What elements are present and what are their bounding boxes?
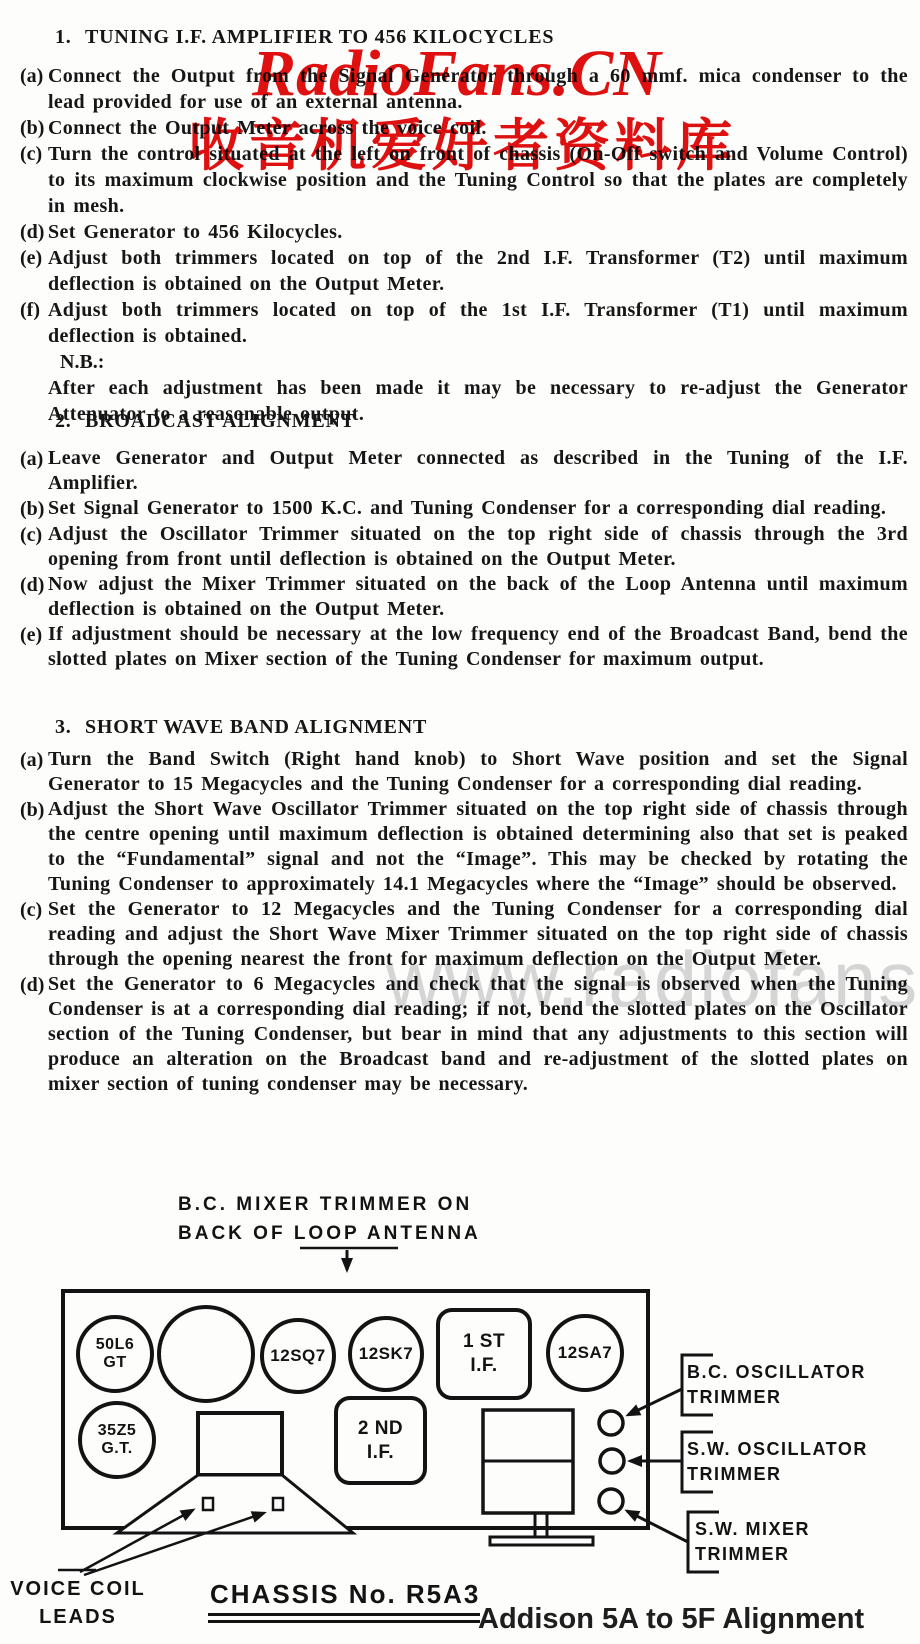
item-text: Set Signal Generator to 1500 K.C. and Tu… bbox=[48, 496, 908, 522]
item-marker: (c) bbox=[20, 141, 48, 219]
item-marker: (a) bbox=[20, 446, 48, 496]
tube-unlabeled bbox=[159, 1307, 253, 1401]
transformer-label-1st-if: 1 ST I.F. bbox=[438, 1310, 530, 1398]
item-text: Adjust both trimmers located on top of t… bbox=[48, 297, 908, 349]
instruction-item: (c)Set the Generator to 12 Megacycles an… bbox=[20, 897, 908, 972]
item-marker: (b) bbox=[20, 115, 48, 141]
item-text: Turn the Band Switch (Right hand knob) t… bbox=[48, 747, 908, 797]
condenser-base bbox=[490, 1537, 593, 1545]
item-marker: (c) bbox=[20, 897, 48, 972]
section-title: SHORT WAVE BAND ALIGNMENT bbox=[85, 716, 427, 739]
section-heading: 3. SHORT WAVE BAND ALIGNMENT bbox=[20, 716, 908, 739]
condenser-stand bbox=[535, 1513, 547, 1537]
item-text: Leave Generator and Output Meter connect… bbox=[48, 446, 908, 496]
tube-label-50l6: 50L6 GT bbox=[78, 1317, 152, 1391]
tube-label-12sk7: 12SK7 bbox=[350, 1318, 422, 1390]
item-text: Set the Generator to 6 Megacycles and ch… bbox=[48, 972, 908, 1097]
voice-coil-terminal bbox=[273, 1498, 283, 1510]
watermark-radiofans: RadioFans.CN bbox=[252, 36, 661, 112]
tube-label-12sq7: 12SQ7 bbox=[262, 1320, 334, 1392]
bc-oscillator-trimmer-screw bbox=[599, 1411, 623, 1435]
instruction-item: (f)Adjust both trimmers located on top o… bbox=[20, 297, 908, 349]
instruction-item: (a)Turn the Band Switch (Right hand knob… bbox=[20, 747, 908, 797]
instruction-item: (d)Set Generator to 456 Kilocycles. bbox=[20, 219, 908, 245]
section-number: 3. bbox=[55, 716, 85, 739]
voice-coil-terminal bbox=[203, 1498, 213, 1510]
transformer-label-2nd-if: 2 ND I.F. bbox=[336, 1398, 425, 1483]
instruction-item: (b)Set Signal Generator to 1500 K.C. and… bbox=[20, 496, 908, 522]
page-footer-title: Addison 5A to 5F Alignment bbox=[478, 1603, 864, 1636]
section-number: 2. bbox=[55, 410, 85, 433]
section-title: BROADCAST ALIGNMENT bbox=[85, 410, 355, 433]
sw-oscillator-trimmer-label: S.W. OSCILLATOR TRIMMER bbox=[687, 1437, 868, 1487]
instruction-item: (d)Set the Generator to 6 Megacycles and… bbox=[20, 972, 908, 1097]
sw-oscillator-trimmer-screw bbox=[600, 1449, 624, 1473]
item-text: Set Generator to 456 Kilocycles. bbox=[48, 219, 908, 245]
chassis-number-label: CHASSIS No. R5A3 bbox=[210, 1579, 480, 1610]
watermark-chinese: 收音机爱好者资料库 bbox=[188, 102, 737, 182]
tube-label-12sa7: 12SA7 bbox=[548, 1317, 622, 1389]
instruction-item: (e)Adjust both trimmers located on top o… bbox=[20, 245, 908, 297]
item-text: Now adjust the Mixer Trimmer situated on… bbox=[48, 572, 908, 622]
loop-antenna-callout: B.C. MIXER TRIMMER ON BACK OF LOOP ANTEN… bbox=[178, 1190, 481, 1248]
note-label: N.B.: bbox=[20, 349, 908, 375]
item-marker: (c) bbox=[20, 522, 48, 572]
section-heading: 2. BROADCAST ALIGNMENT bbox=[20, 410, 908, 433]
instruction-item: (a)Leave Generator and Output Meter conn… bbox=[20, 446, 908, 496]
instruction-list: (a)Turn the Band Switch (Right hand knob… bbox=[20, 747, 908, 1097]
item-text: Adjust the Oscillator Trimmer situated o… bbox=[48, 522, 908, 572]
instruction-list: (a)Leave Generator and Output Meter conn… bbox=[20, 446, 908, 672]
item-marker: (b) bbox=[20, 797, 48, 897]
item-marker: (a) bbox=[20, 63, 48, 115]
item-marker: (a) bbox=[20, 747, 48, 797]
item-text: Adjust both trimmers located on top of t… bbox=[48, 245, 908, 297]
bc-oscillator-trimmer-label: B.C. OSCILLATOR TRIMMER bbox=[687, 1360, 866, 1410]
item-text: Adjust the Short Wave Oscillator Trimmer… bbox=[48, 797, 908, 897]
output-transformer bbox=[198, 1413, 282, 1475]
item-marker: (d) bbox=[20, 572, 48, 622]
item-marker: (d) bbox=[20, 972, 48, 1097]
tube-label-35z5: 35Z5 G.T. bbox=[80, 1403, 154, 1477]
item-text: If adjustment should be necessary at the… bbox=[48, 622, 908, 672]
section-number: 1. bbox=[55, 26, 85, 49]
section-broadcast-alignment: 2. BROADCAST ALIGNMENT (a)Leave Generato… bbox=[20, 410, 908, 672]
sw-mixer-trimmer-label: S.W. MIXER TRIMMER bbox=[695, 1517, 810, 1567]
instruction-item: (c)Adjust the Oscillator Trimmer situate… bbox=[20, 522, 908, 572]
instruction-item: (d)Now adjust the Mixer Trimmer situated… bbox=[20, 572, 908, 622]
item-marker: (d) bbox=[20, 219, 48, 245]
item-marker: (f) bbox=[20, 297, 48, 349]
item-marker: (e) bbox=[20, 622, 48, 672]
item-text: Set the Generator to 12 Megacycles and t… bbox=[48, 897, 908, 972]
instruction-item: (e)If adjustment should be necessary at … bbox=[20, 622, 908, 672]
item-marker: (b) bbox=[20, 496, 48, 522]
chassis-number-underline bbox=[208, 1613, 480, 1623]
voice-coil-leads-label: VOICE COIL LEADS bbox=[8, 1575, 148, 1631]
item-marker: (e) bbox=[20, 245, 48, 297]
section-shortwave-alignment: 3. SHORT WAVE BAND ALIGNMENT (a)Turn the… bbox=[20, 716, 908, 1097]
sw-mixer-trimmer-screw bbox=[599, 1489, 623, 1513]
bc-oscillator-arrow bbox=[628, 1389, 682, 1415]
instruction-item: (b)Adjust the Short Wave Oscillator Trim… bbox=[20, 797, 908, 897]
